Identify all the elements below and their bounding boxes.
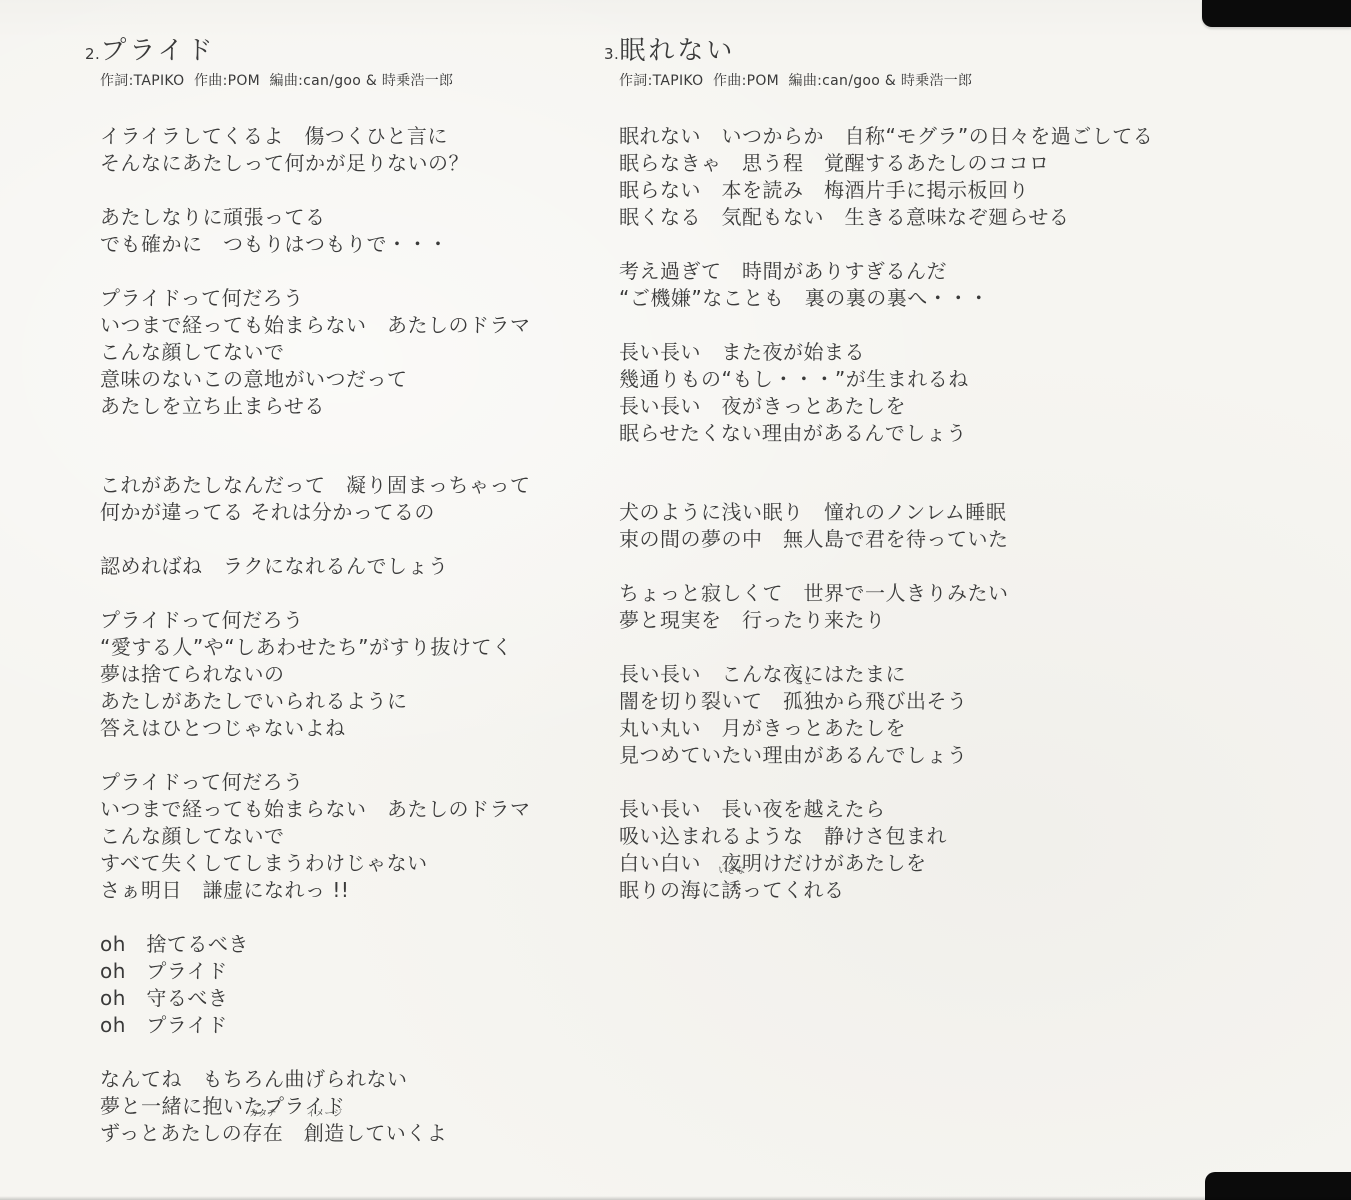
lyric-line: 幾通りもの“もし・・・”が生まれるね bbox=[619, 366, 1224, 393]
lyric-line: こんな顔してないで bbox=[100, 823, 585, 850]
lyric-line: 犬のように浅い眠り 憧れのノンレム睡眠 bbox=[619, 499, 1224, 526]
furigana: ここ bbox=[794, 678, 812, 687]
stanza: 認めればね ラクになれるんでしょう bbox=[100, 553, 585, 580]
stanza: 長い長い こんな夜にはたまに闇を切り裂いて 孤独ここから飛び出そう丸い丸い 月が… bbox=[619, 661, 1224, 769]
song-header: 3. 眠れない bbox=[604, 36, 1224, 66]
stanza: 考え過ぎて 時間がありすぎるんだ“ご機嫌”なことも 裏の裏の裏へ・・・ bbox=[619, 258, 1224, 312]
lyric-line: 何かが違ってる それは分かってるの bbox=[100, 499, 585, 526]
lyric-line: oh 捨てるべき bbox=[100, 931, 585, 958]
lyric-line: これがあたしなんだって 凝り固まっちゃって bbox=[100, 472, 585, 499]
lyric-line: 認めればね ラクになれるんでしょう bbox=[100, 553, 585, 580]
stanza: プライドって何だろういつまで経っても始まらない あたしのドラマこんな顔してないで… bbox=[100, 285, 585, 420]
song-credits: 作詞:TAPIKO 作曲:POM 編曲:can/goo & 時乗浩一郎 bbox=[604, 72, 1224, 90]
lyric-line: 長い長い 長い夜を越えたら bbox=[619, 796, 1224, 823]
lyric-line: “愛する人”や“しあわせたち”がすり抜けてく bbox=[100, 634, 585, 661]
lyric-line: プライドって何だろう bbox=[100, 769, 585, 796]
stanza: 犬のように浅い眠り 憧れのノンレム睡眠束の間の夢の中 無人島で君を待っていた bbox=[619, 499, 1224, 553]
stanza: あたしなりに頑張ってるでも確かに つもりはつもりで・・・ bbox=[100, 204, 585, 258]
lyric-line: 意味のないこの意地がいつだって bbox=[100, 366, 585, 393]
stanza: プライドって何だろういつまで経っても始まらない あたしのドラマこんな顔してないで… bbox=[100, 769, 585, 904]
lyric-line: あたしがあたしでいられるように bbox=[100, 688, 585, 715]
lyric-line: 束の間の夢の中 無人島で君を待っていた bbox=[619, 526, 1224, 553]
lyric-line: 眠らなきゃ 思う程 覚醒するあたしのココロ bbox=[619, 150, 1224, 177]
lyric-line: いつまで経っても始まらない あたしのドラマ bbox=[100, 796, 585, 823]
lyric-line: さぁ明日 謙虚になれっ !! bbox=[100, 877, 585, 904]
lyric-line: あたしを立ち止まらせる bbox=[100, 393, 585, 420]
lyric-line: 夢と一緒に抱いたプライド bbox=[100, 1093, 585, 1120]
lyric-line: 眠りの海に誘いざなってくれる bbox=[619, 877, 1224, 904]
lyric-line: あたしなりに頑張ってる bbox=[100, 204, 585, 231]
scan-bottom-edge-shadow bbox=[0, 1196, 1351, 1200]
lyric-line: 吸い込まれるような 静けさ包まれ bbox=[619, 823, 1224, 850]
lyric-line: 眠らない 本を読み 梅酒片手に掲示板回り bbox=[619, 177, 1224, 204]
scan-tray-tab-top-right bbox=[1202, 0, 1351, 27]
lyric-line: 眠くなる 気配もない 生きる意味なぞ廻らせる bbox=[619, 204, 1224, 231]
track-number: 3. bbox=[604, 45, 619, 63]
stanza: oh 捨てるべきoh プライドoh 守るべきoh プライド bbox=[100, 931, 585, 1039]
lyric-line: oh プライド bbox=[100, 1012, 585, 1039]
lyric-line: 考え過ぎて 時間がありすぎるんだ bbox=[619, 258, 1224, 285]
lyric-line: 長い長い また夜が始まる bbox=[619, 339, 1224, 366]
lyric-line: プライドって何だろう bbox=[100, 285, 585, 312]
lyric-line: プライドって何だろう bbox=[100, 607, 585, 634]
song-lyrics: イライラしてくるよ 傷つくひと言にそんなにあたしって何かが足りないの？あたしなり… bbox=[85, 123, 585, 1147]
stanza: 長い長い 長い夜を越えたら吸い込まれるような 静けさ包まれ白い白い 夜明けだけが… bbox=[619, 796, 1224, 904]
ruby-base: 孤独ここ bbox=[783, 688, 824, 715]
stanza: これがあたしなんだって 凝り固まっちゃって何かが違ってる それは分かってるの bbox=[100, 472, 585, 526]
song-column-nemurenai: 3. 眠れない 作詞:TAPIKO 作曲:POM 編曲:can/goo & 時乗… bbox=[604, 36, 1224, 904]
ruby-base: 創造イメージ bbox=[304, 1120, 345, 1147]
stanza: 眠れない いつからか 自称“モグラ”の日々を過ごしてる眠らなきゃ 思う程 覚醒す… bbox=[619, 123, 1224, 231]
lyric-line: “ご機嫌”なことも 裏の裏の裏へ・・・ bbox=[619, 285, 1224, 312]
lyric-line: 眠れない いつからか 自称“モグラ”の日々を過ごしてる bbox=[619, 123, 1224, 150]
song-column-pride: 2. プライド 作詞:TAPIKO 作曲:POM 編曲:can/goo & 時乗… bbox=[85, 36, 585, 1147]
furigana: イメージ bbox=[306, 1110, 342, 1119]
lyric-line: すべて失くしてしまうわけじゃない bbox=[100, 850, 585, 877]
lyric-line: 夢と現実を 行ったり来たり bbox=[619, 607, 1224, 634]
ruby-base: 存在カタチ bbox=[242, 1120, 283, 1147]
lyric-line: いつまで経っても始まらない あたしのドラマ bbox=[100, 312, 585, 339]
lyric-line: そんなにあたしって何かが足りないの？ bbox=[100, 150, 585, 177]
lyric-line: 闇を切り裂いて 孤独ここから飛び出そう bbox=[619, 688, 1224, 715]
furigana: カタチ bbox=[249, 1110, 276, 1119]
stanza: 長い長い また夜が始まる幾通りもの“もし・・・”が生まれるね長い長い 夜がきっと… bbox=[619, 339, 1224, 447]
ruby-base: 誘いざな bbox=[722, 877, 743, 904]
lyric-line: 長い長い 夜がきっとあたしを bbox=[619, 393, 1224, 420]
song-title: 眠れない bbox=[619, 36, 735, 66]
track-number: 2. bbox=[85, 45, 100, 63]
lyric-line: ずっとあたしの存在カタチ 創造イメージしていくよ bbox=[100, 1120, 585, 1147]
lyric-line: oh 守るべき bbox=[100, 985, 585, 1012]
lyric-line: 見つめていたい理由があるんでしょう bbox=[619, 742, 1224, 769]
lyric-line: イライラしてくるよ 傷つくひと言に bbox=[100, 123, 585, 150]
lyric-line: 丸い丸い 月がきっとあたしを bbox=[619, 715, 1224, 742]
stanza: なんてね もちろん曲げられない夢と一緒に抱いたプライドずっとあたしの存在カタチ … bbox=[100, 1066, 585, 1147]
stanza: イライラしてくるよ 傷つくひと言にそんなにあたしって何かが足りないの？ bbox=[100, 123, 585, 177]
song-header: 2. プライド bbox=[85, 36, 585, 66]
song-credits: 作詞:TAPIKO 作曲:POM 編曲:can/goo & 時乗浩一郎 bbox=[85, 72, 585, 90]
lyric-line: でも確かに つもりはつもりで・・・ bbox=[100, 231, 585, 258]
furigana: いざな bbox=[718, 867, 745, 876]
lyric-line: 夢は捨てられないの bbox=[100, 661, 585, 688]
stanza: プライドって何だろう“愛する人”や“しあわせたち”がすり抜けてく夢は捨てられない… bbox=[100, 607, 585, 742]
lyric-line: 長い長い こんな夜にはたまに bbox=[619, 661, 1224, 688]
lyric-line: oh プライド bbox=[100, 958, 585, 985]
lyric-line: こんな顔してないで bbox=[100, 339, 585, 366]
song-lyrics: 眠れない いつからか 自称“モグラ”の日々を過ごしてる眠らなきゃ 思う程 覚醒す… bbox=[604, 123, 1224, 904]
lyric-line: 白い白い 夜明けだけがあたしを bbox=[619, 850, 1224, 877]
lyric-line: 眠らせたくない理由があるんでしょう bbox=[619, 420, 1224, 447]
lyric-line: なんてね もちろん曲げられない bbox=[100, 1066, 585, 1093]
lyric-line: ちょっと寂しくて 世界で一人きりみたい bbox=[619, 580, 1224, 607]
song-title: プライド bbox=[100, 36, 215, 66]
stanza: ちょっと寂しくて 世界で一人きりみたい夢と現実を 行ったり来たり bbox=[619, 580, 1224, 634]
lyric-line: 答えはひとつじゃないよね bbox=[100, 715, 585, 742]
